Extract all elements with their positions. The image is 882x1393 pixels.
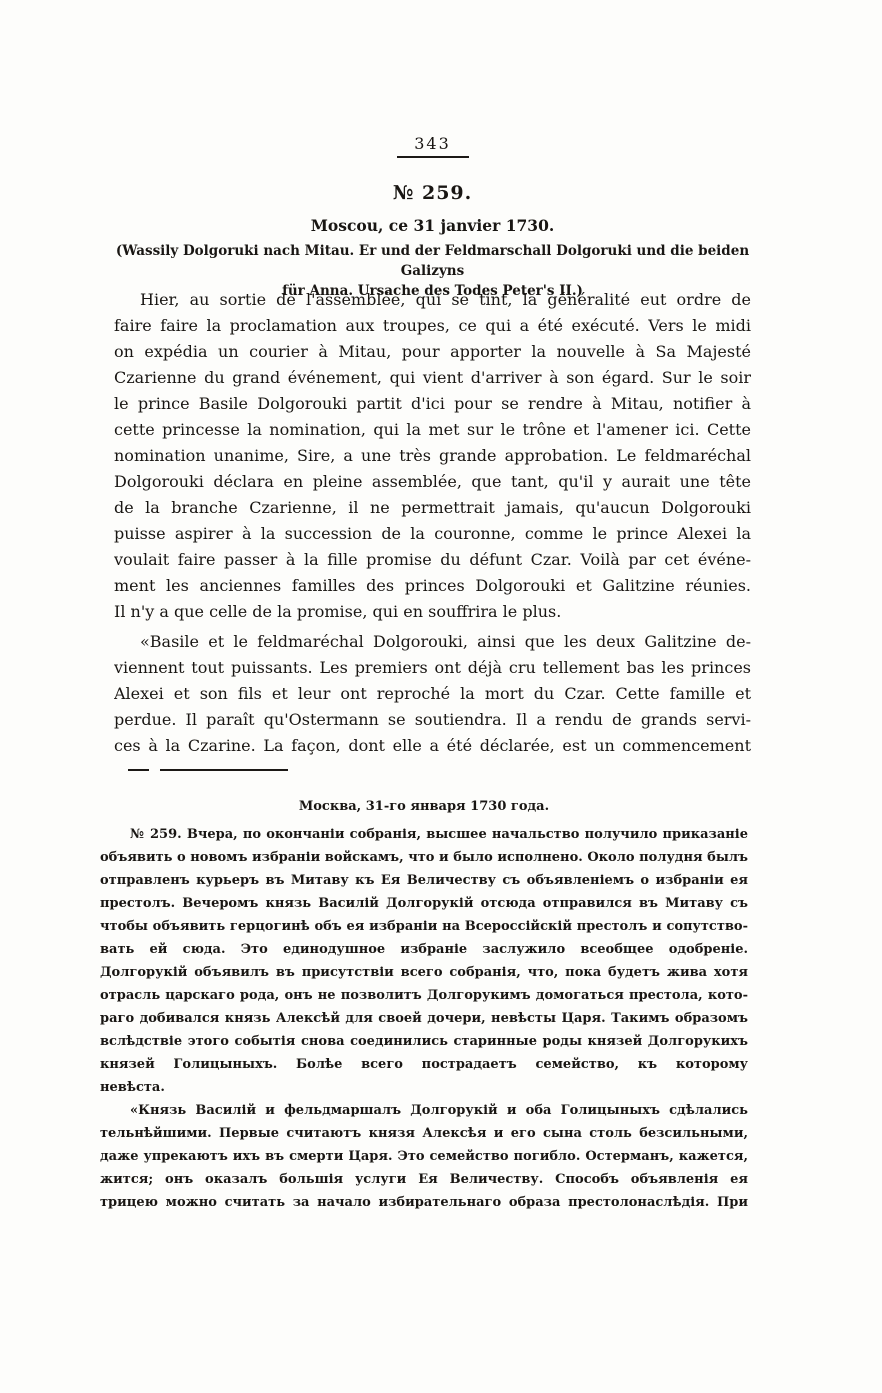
text-line: voulait faire passer à la fille promise … [114,547,751,573]
text-line: князей Голицыныхъ. Болѣе всего пострадае… [100,1053,748,1076]
text-line: чтобы объявить герцогинѣ объ ея избраніи… [100,915,748,938]
text-line: faire faire la proclamation aux troupes,… [114,313,751,339]
divider-rule [160,769,288,771]
text-line: вслѣдствіе этого событія снова соединили… [100,1030,748,1053]
text-line: puisse aspirer à la succession de la cou… [114,521,751,547]
text-line: трицею можно считать за начало избирател… [100,1191,748,1214]
text-line: nomination unanime, Sire, a une très gra… [114,443,751,469]
russian-translation: Москва, 31-го января 1730 года. № 259. В… [100,795,748,1214]
russian-paragraph-1: № 259. Вчера, по окончаніи собранія, выс… [100,823,748,1099]
text-line: cette princesse la nomination, qui la me… [114,417,751,443]
french-letter: Hier, au sortie de l'assemblée, qui se t… [114,287,751,759]
text-line: «Князь Василій и фельдмаршалъ Долгорукій… [100,1099,748,1122]
text-line: Hier, au sortie de l'assemblée, qui se t… [114,287,751,313]
text-line: № 259. Вчера, по окончаніи собранія, выс… [100,823,748,846]
divider-dash [128,769,149,771]
text-line: Долгорукій объявилъ въ присутствіи всего… [100,961,748,984]
text-line: viennent tout puissants. Les premiers on… [114,655,751,681]
russian-dateline: Москва, 31-го января 1730 года. [100,795,748,818]
text-line: on expédia un courier à Mitau, pour appo… [114,339,751,365]
russian-paragraph-2: «Князь Василій и фельдмаршалъ Долгорукій… [100,1099,748,1214]
text-line: отрасль царскаго рода, онъ не позволитъ … [100,984,748,1007]
text-line: даже упрекаютъ ихъ въ смерти Царя. Это с… [100,1145,748,1168]
text-line: невѣста. [100,1076,748,1099]
text-line: тельнѣйшими. Первые считаютъ князя Алекс… [100,1122,748,1145]
scanned-book-page: 343 № 259. Moscou, ce 31 janvier 1730. (… [0,0,882,1393]
footnote-divider [128,769,288,772]
french-dateline: Moscou, ce 31 janvier 1730. [114,216,751,235]
document-number: № 259. [114,182,751,204]
french-paragraph-1: Hier, au sortie de l'assemblée, qui se t… [114,287,751,625]
german-summary-line-1: (Wassily Dolgoruki nach Mitau. Er und de… [114,241,751,281]
text-line: жится; онъ оказалъ большія услуги Ея Вел… [100,1168,748,1191]
text-line: «Basile et le feldmaréchal Dolgorouki, a… [114,629,751,655]
text-line: Czarienne du grand événement, qui vient … [114,365,751,391]
text-line: престолъ. Вечеромъ князь Василій Долгору… [100,892,748,915]
text-line: Il n'y a que celle de la promise, qui en… [114,599,751,625]
text-line: Dolgorouki déclara en pleine assemblée, … [114,469,751,495]
text-line: ces à la Czarine. La façon, dont elle a … [114,733,751,759]
text-line: раго добивался князь Алексѣй для своей д… [100,1007,748,1030]
text-line: de la branche Czarienne, il ne permettra… [114,495,751,521]
text-line: perdue. Il paraît qu'Ostermann se soutie… [114,707,751,733]
text-line: le prince Basile Dolgorouki partit d'ici… [114,391,751,417]
french-paragraph-2: «Basile et le feldmaréchal Dolgorouki, a… [114,629,751,759]
text-line: объявить о новомъ избраніи войскамъ, что… [100,846,748,869]
text-line: отправленъ курьеръ въ Митаву къ Ея Велич… [100,869,748,892]
page-number: 343 [114,134,751,153]
text-line: вать ей сюда. Это единодушное избраніе з… [100,938,748,961]
page-number-block: 343 [114,134,751,158]
page-number-rule [397,156,469,158]
text-line: Alexei et son fils et leur ont reproché … [114,681,751,707]
text-line: ment les anciennes familles des princes … [114,573,751,599]
